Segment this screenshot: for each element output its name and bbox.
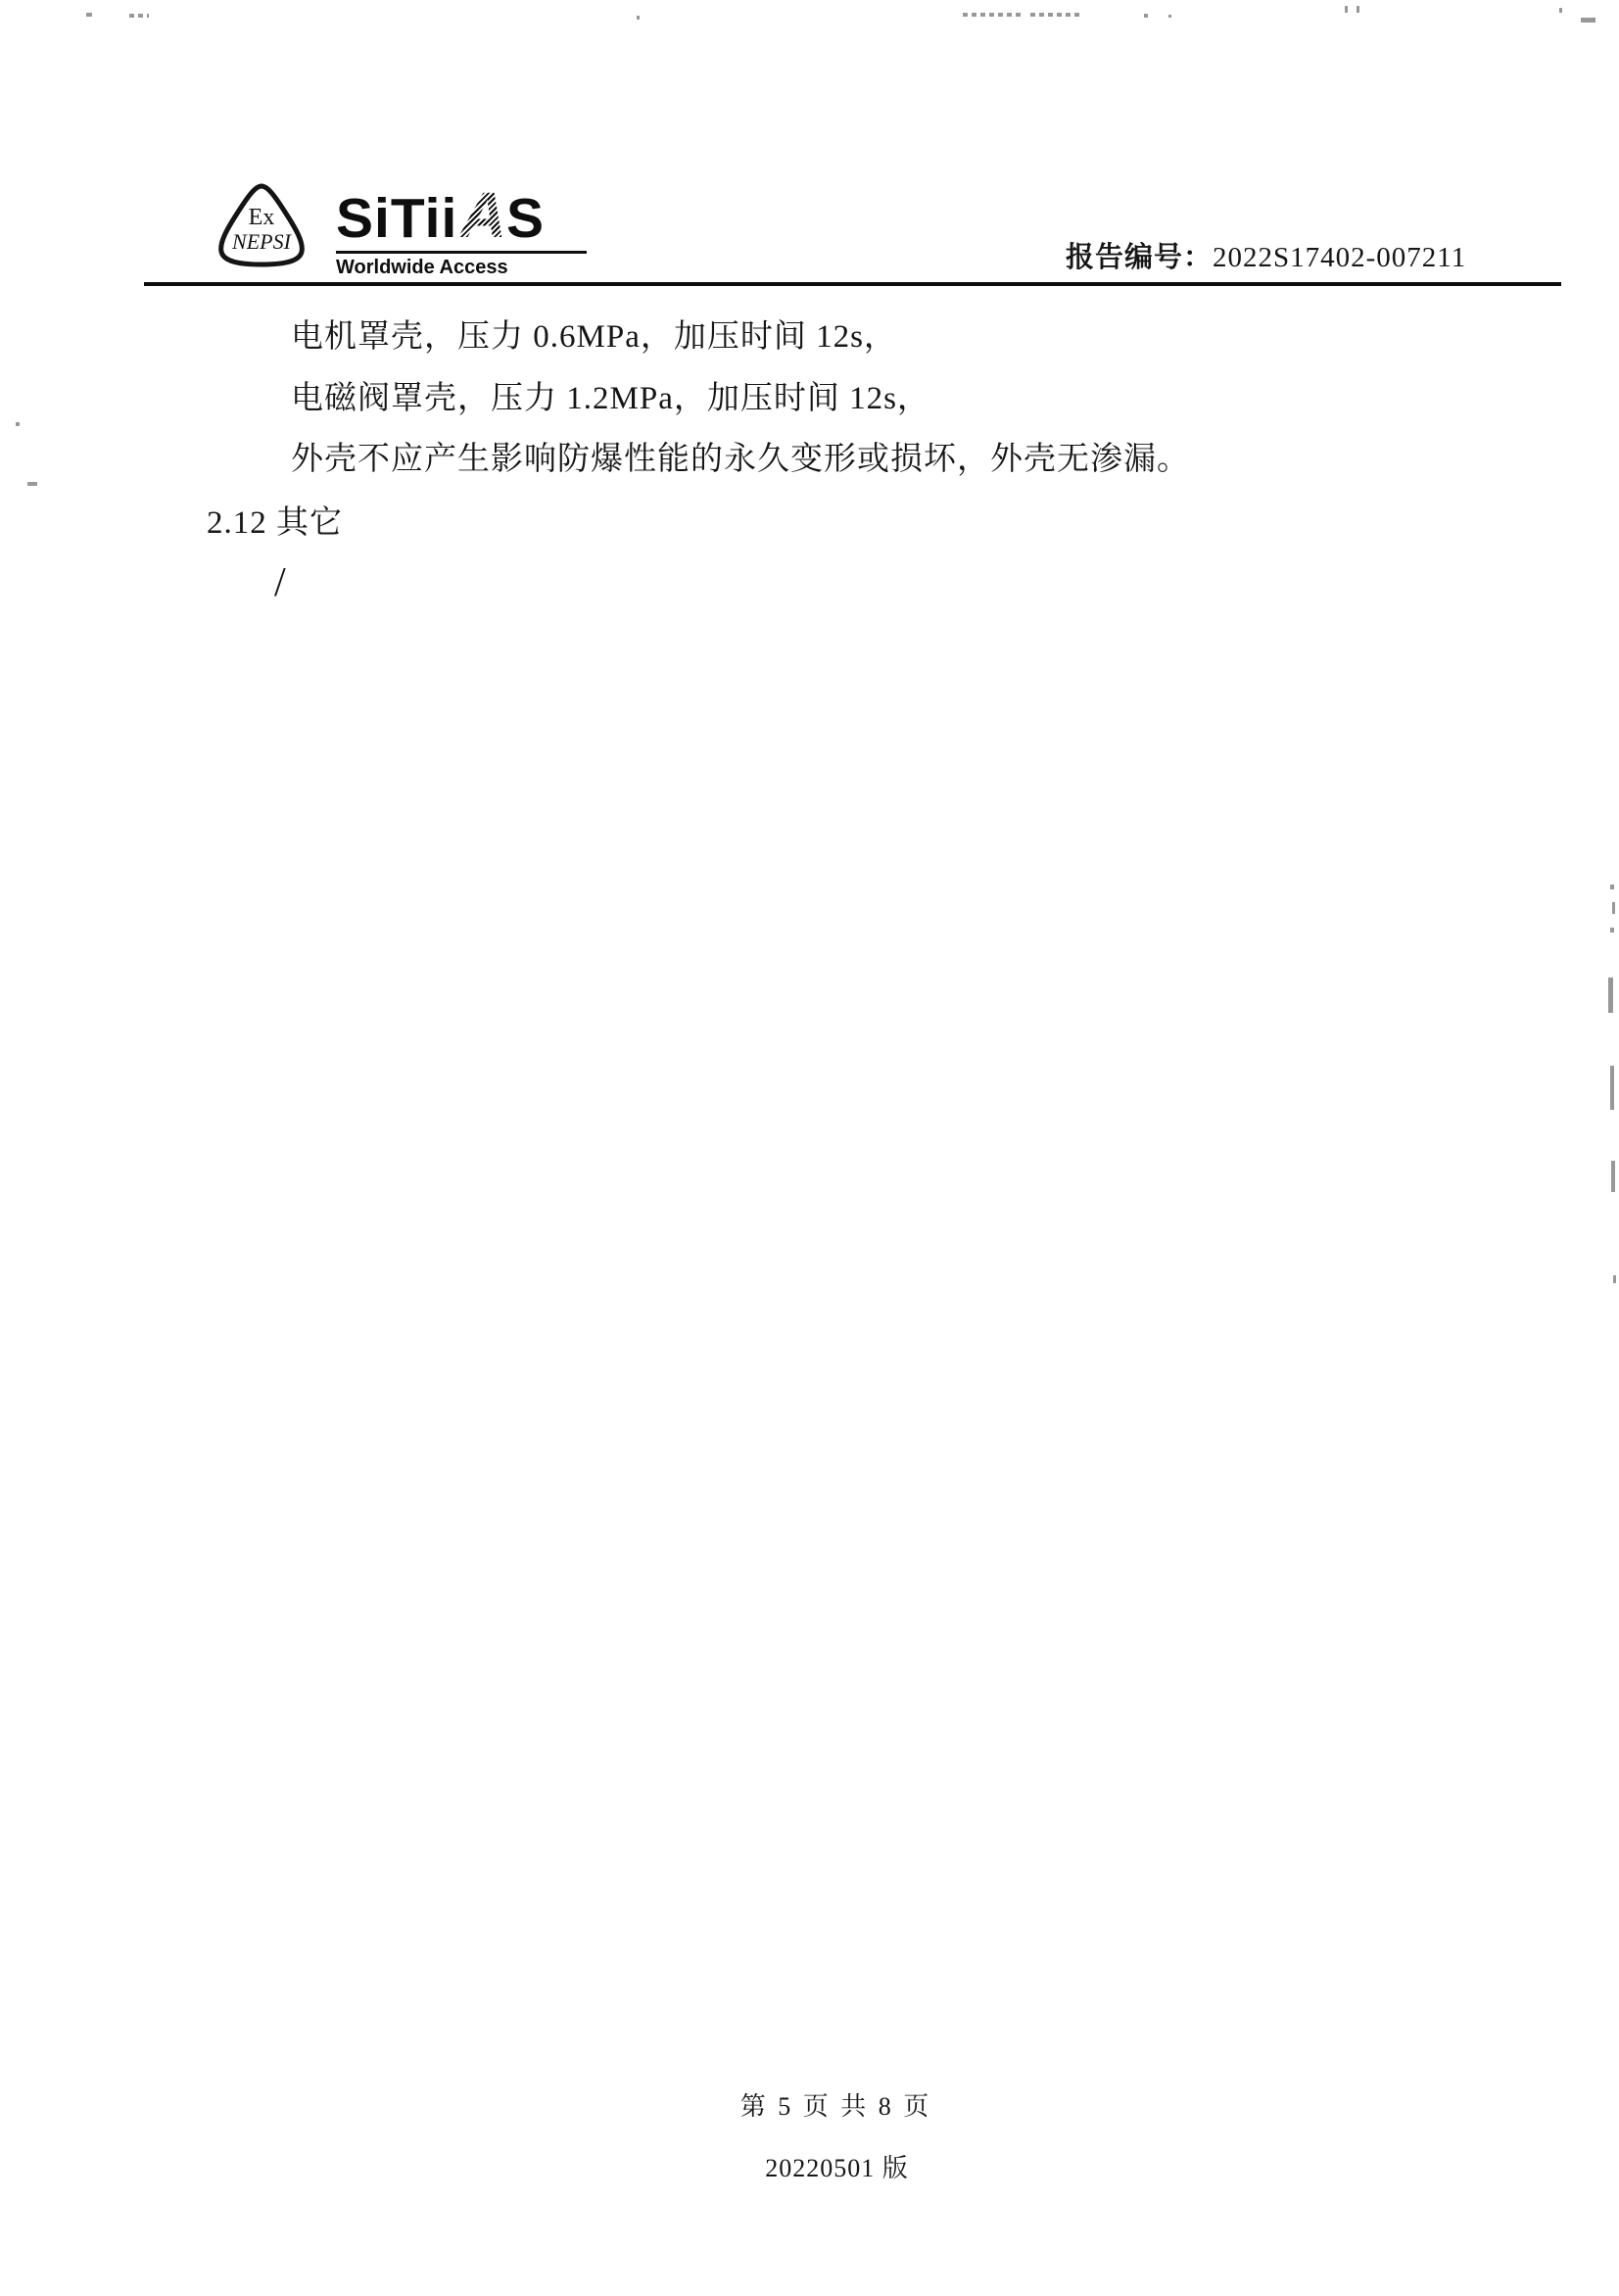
scan-artifact xyxy=(1030,13,1083,17)
section-content-slash: / xyxy=(274,562,286,603)
scan-artifact xyxy=(27,482,37,486)
scan-artifact xyxy=(1559,8,1562,13)
wordmark-hatched-a: A xyxy=(459,182,506,247)
scan-artifact xyxy=(637,16,640,20)
section-heading: 2.12 其它 xyxy=(207,507,343,540)
scan-artifact xyxy=(1581,18,1595,23)
document-page: Ex NEPSI SiTii A S Worldwide Access 报告编号… xyxy=(0,0,1619,2296)
report-number-value: 2022S17402-007211 xyxy=(1213,242,1466,274)
sitiias-wordmark: SiTii A S xyxy=(336,182,587,254)
scan-artifact xyxy=(1144,14,1148,18)
sitiias-logo: SiTii A S Worldwide Access xyxy=(336,182,587,279)
body-paragraph: 电机罩壳，压力 0.6MPa，加压时间 12s， xyxy=(291,321,897,357)
logo-tagline: Worldwide Access xyxy=(336,257,587,279)
report-number-label: 报告编号： xyxy=(1066,235,1213,275)
scan-artifact xyxy=(129,14,149,18)
scan-artifact xyxy=(963,13,1024,17)
scan-artifact xyxy=(16,422,20,426)
scan-artifact xyxy=(1610,885,1614,889)
report-number: 报告编号： 2022S17402-007211 xyxy=(1066,235,1466,275)
footer-version: 20220501 版 xyxy=(765,2156,909,2181)
scan-artifact xyxy=(1610,928,1614,933)
scan-artifact xyxy=(1612,902,1615,914)
scan-artifact xyxy=(1345,6,1348,13)
body-paragraph: 电磁阀罩壳，压力 1.2MPa，加压时间 12s， xyxy=(291,383,930,418)
header-divider xyxy=(144,282,1561,286)
footer-page-indicator: 第 5 页 共 8 页 xyxy=(740,2094,932,2120)
scan-artifact xyxy=(86,13,92,17)
nepsi-ex-badge-icon: Ex NEPSI xyxy=(212,180,311,273)
scan-artifact xyxy=(1168,15,1171,18)
wordmark-sitii: SiTii xyxy=(336,191,457,247)
scan-artifact xyxy=(1611,1161,1615,1192)
badge-nepsi-text: NEPSI xyxy=(231,229,293,254)
badge-ex-text: Ex xyxy=(249,205,275,230)
body-paragraph: 外壳不应产生影响防爆性能的永久变形或损坏，外壳无渗漏。 xyxy=(291,444,1190,479)
wordmark-s: S xyxy=(506,191,544,247)
scan-artifact xyxy=(1357,6,1359,13)
scan-artifact xyxy=(1613,1275,1616,1283)
scan-artifact xyxy=(1608,978,1613,1013)
scan-artifact xyxy=(1610,1066,1614,1110)
